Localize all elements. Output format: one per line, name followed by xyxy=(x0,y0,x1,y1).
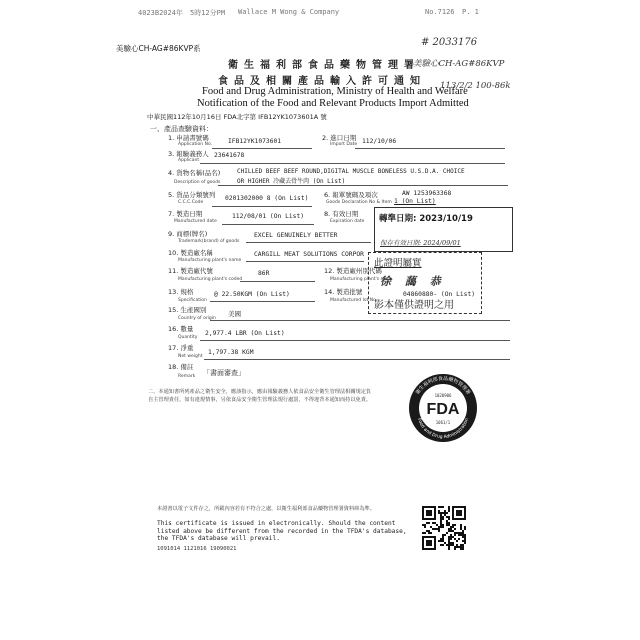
certification-line1: 此證明屬實 xyxy=(374,255,422,269)
footer-en: This certificate is issued in electronic… xyxy=(157,520,412,543)
handwritten-reference: 美驗心CH-AG#86KVP xyxy=(413,57,504,69)
field-expiration-date-sublabel: Expiration date xyxy=(330,219,364,224)
fax-page: P. 1 xyxy=(462,8,479,16)
shelf-life-text: 保存有效日期: 2024/09/01 xyxy=(380,238,461,247)
field-ccc-code-sublabel: C.C.C.Code xyxy=(178,200,203,205)
field-net-weight-value: 1,797.38 KGM xyxy=(208,349,254,356)
field-import-date-sublabel: Import Date xyxy=(330,142,357,147)
field-application-no-label: 1. 申請書號碼 xyxy=(168,133,209,142)
field-application-no-sublabel: Application No. xyxy=(178,142,212,147)
field-import-date-label: 2. 進口日期 xyxy=(322,133,356,142)
field-description-value-line2: OR HIGHER 冷藏去骨牛肉 (On List) xyxy=(237,176,345,185)
field-plant-name-label: 10. 製造廠名稱 xyxy=(168,248,213,257)
field-lot-no-label: 14. 製造批號 xyxy=(324,287,362,296)
fax-time: 5時12分PM xyxy=(190,8,225,18)
underline xyxy=(200,163,505,164)
transfer-date-text: 轉準日期: 2023/10/19 xyxy=(379,212,473,224)
underline xyxy=(210,301,315,302)
field-specification-label: 13. 規格 xyxy=(168,287,193,296)
field-goods-declaration-label: 6. 報單號碼及項次 xyxy=(324,190,378,199)
fax-date: 4023B2024年 xyxy=(138,8,183,18)
field-net-weight-label: 17. 淨重 xyxy=(168,343,193,352)
field-quantity-sublabel: Quantity xyxy=(178,335,197,340)
underline xyxy=(218,185,508,186)
handwritten-number: # 2033176 xyxy=(421,37,477,48)
reference-code: 美驗心CH-AG#86KVP系 xyxy=(116,43,201,54)
field-manufactured-date-value: 112/08/01 (On List) xyxy=(232,213,304,220)
fax-sender: Wallace M Wong & Company xyxy=(238,8,339,16)
svg-text:1020906: 1020906 xyxy=(435,393,452,398)
field-quantity-value: 2,977.4 LBR (On List) xyxy=(205,330,285,337)
underline xyxy=(212,148,312,149)
field-ccc-code-label: 5. 貨品分類號列 xyxy=(168,190,215,199)
field-trademark-value: EXCEL GENUINELY BETTER xyxy=(254,232,337,239)
fax-number: No.7126 xyxy=(425,8,455,16)
certification-signature: 徐 藹 恭 xyxy=(380,273,446,289)
fda-seal-icon: FDA 1020906 1061/1 衛生福利部食品藥物管理署 Food and… xyxy=(407,372,479,444)
field-description-sublabel: Description of goods xyxy=(174,180,220,185)
field-applicant-sublabel: Applicant xyxy=(178,158,199,163)
agency-title-zh: 衛生福利部食品藥物管理署 xyxy=(228,56,420,71)
underline xyxy=(200,340,510,341)
field-goods-declaration-no: AW 1253963368 xyxy=(402,190,451,197)
underline xyxy=(210,320,510,321)
underline xyxy=(246,261,364,262)
field-manufactured-date-sublabel: Manufactured date xyxy=(174,219,217,224)
field-trademark-label: 9. 商標(牌名) xyxy=(168,229,207,238)
field-net-weight-sublabel: Net weight xyxy=(178,354,203,359)
field-manufactured-date-label: 7. 製造日期 xyxy=(168,209,202,218)
agency-title-en: Food and Drug Administration, Ministry o… xyxy=(202,86,468,97)
field-expiration-date-label: 8. 有效日期 xyxy=(324,209,358,218)
underline xyxy=(240,281,315,282)
section-two-notice: 二、本通知書所列產品之衛生安全，應該指示，應由報驗義務人依食品安全衛生管理法相關… xyxy=(148,388,372,404)
field-plant-name-sublabel: Manufacturing plant's name xyxy=(178,258,241,263)
notice-title-zh: 食品及相關產品輸入許可通知 xyxy=(218,72,426,87)
field-plant-code-sublabel: Manufacturing plant's coded xyxy=(178,277,242,282)
field-plant-code-value: 86R xyxy=(258,270,269,277)
field-trademark-sublabel: Trademark(brand) of goods xyxy=(178,239,239,244)
svg-text:FDA: FDA xyxy=(427,401,460,418)
underline xyxy=(212,206,312,207)
field-goods-declaration-sublabel: Goods Declaration No & Item xyxy=(326,200,392,205)
field-remark-label: 18. 備註 xyxy=(168,362,193,371)
underline xyxy=(246,242,371,243)
field-remark-value: 「書面審查」 xyxy=(203,368,245,378)
field-specification-value: @ 22.50KGM (On List) xyxy=(214,291,290,298)
svg-text:1061/1: 1061/1 xyxy=(436,420,451,425)
field-goods-declaration-item: 1 (On List) xyxy=(394,198,436,205)
field-plant-code-label: 11. 製造廠代號 xyxy=(168,266,213,275)
footer-codes: 1091014 1121016 19090021 xyxy=(157,546,236,552)
notice-title-en: Notification of the Food and Relevant Pr… xyxy=(197,98,469,109)
field-quantity-label: 16. 數量 xyxy=(168,324,193,333)
certification-line3: 影本僅供證明之用 xyxy=(374,296,454,311)
field-country-label: 15. 生產國別 xyxy=(168,305,206,314)
footer-zh: 本證書以電子文件存之，所載內容若有不符合之處，以衛生福利部食品藥物管理署資料庫為… xyxy=(157,505,407,513)
field-application-no-value: IFB12YK1073601 xyxy=(228,138,281,145)
underline xyxy=(222,224,314,225)
field-plant-name-value: CARGILL MEAT SOLUTIONS CORPOR xyxy=(254,251,364,258)
field-ccc-code-value: 0201302000 8 (On List) xyxy=(225,195,308,202)
field-applicant-label: 3. 報驗義務人 xyxy=(168,149,209,158)
qr-code[interactable] xyxy=(422,506,466,550)
field-applicant-value: 23641678 xyxy=(214,152,244,159)
reference-line: 中華民國112年10月16日 FDA北字第 IFB12YK1073601A 號 xyxy=(147,112,327,121)
underline xyxy=(204,359,510,360)
underline xyxy=(355,148,505,149)
field-country-value: 美國 xyxy=(228,309,241,318)
field-description-label: 4. 貨物名稱(品名) xyxy=(168,168,220,177)
field-remark-sublabel: Remark xyxy=(178,374,195,379)
qr-code-icon xyxy=(422,506,466,550)
field-import-date-value: 112/10/06 xyxy=(362,138,396,145)
field-description-value-line1: CHILLED BEEF BEEF ROUND,DIGITAL MUSCLE B… xyxy=(237,168,465,175)
fda-seal: FDA 1020906 1061/1 衛生福利部食品藥物管理署 Food and… xyxy=(407,372,479,444)
field-specification-sublabel: Specification xyxy=(178,298,207,303)
